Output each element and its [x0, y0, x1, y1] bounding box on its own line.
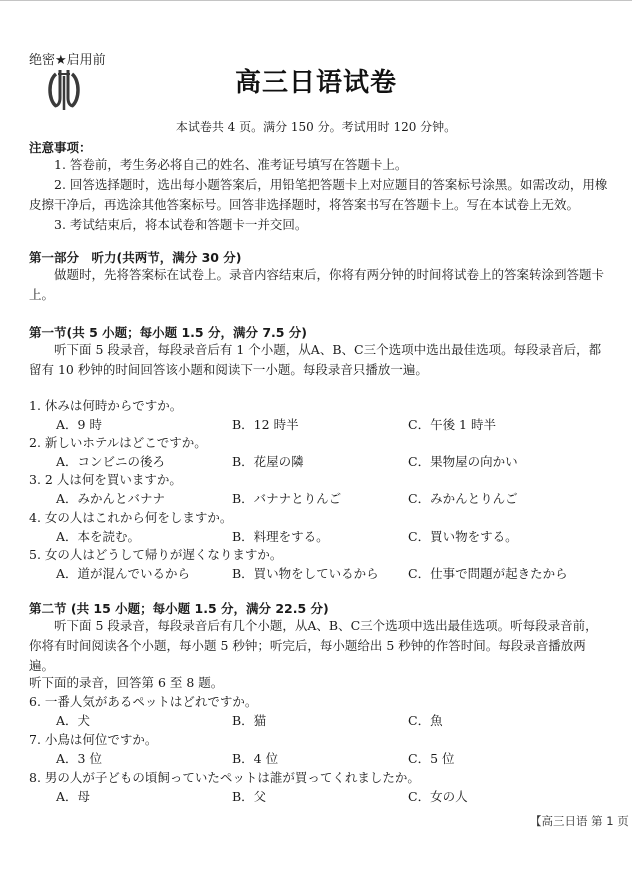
section1-heading: 第一节(共 5 小题；每小题 1.5 分，满分 7.5 分) [29, 323, 307, 341]
part1-instructions: 做题时，先将答案标在试卷上。录音内容结束后，你将有两分钟的时间将试卷上的答案转涂… [29, 265, 609, 305]
question-text: 1. 休みは何時からですか。 [29, 396, 182, 414]
question-text: 5. 女の人はどうして帰りが遅くなりますか。 [29, 545, 282, 563]
option-b: B．12 時半 [232, 415, 299, 433]
question-text: 8. 男の人が子どもの頃飼っていたペットは誰が買ってくれましたか。 [29, 768, 420, 786]
option-a: A．道が混んでいるから [56, 564, 190, 582]
option-a: A．本を読む。 [56, 527, 140, 545]
question-text: 4. 女の人はこれから何をしますか。 [29, 508, 232, 526]
option-b: B．父 [232, 787, 266, 805]
option-c: C．みかんとりんご [408, 489, 518, 507]
option-c: C．午後 1 時半 [408, 415, 496, 433]
question-text: 2. 新しいホテルはどこですか。 [29, 433, 207, 451]
option-b: B．料理をする。 [232, 527, 329, 545]
group-intro: 听下面的录音，回答第 6 至 8 题。 [29, 673, 223, 691]
option-a: A．みかんとバナナ [56, 489, 165, 507]
note-item: 2. 回答选择题时，选出每小题答案后，用铅笔把答题卡上对应题目的答案标号涂黑。如… [29, 175, 609, 215]
note-item: 1. 答卷前，考生务必将自己的姓名、准考证号填写在答题卡上。 [29, 155, 632, 175]
question-text: 6. 一番人気があるペットはどれですか。 [29, 692, 257, 710]
option-c: C．魚 [408, 711, 443, 729]
page-title: 高三日语试卷 [0, 62, 632, 99]
option-a: A．コンビニの後ろ [56, 452, 165, 470]
option-c: C．5 位 [408, 749, 455, 767]
section1-instructions: 听下面 5 段录音，每段录音后有 1 个小题，从A、B、C三个选项中选出最佳选项… [29, 340, 609, 380]
option-a: A．9 時 [56, 415, 102, 433]
question-text: 7. 小鳥は何位ですか。 [29, 730, 157, 748]
question-text: 3. 2 人は何を買いますか。 [29, 470, 182, 488]
option-b: B．4 位 [232, 749, 278, 767]
part1-heading: 第一部分 听力(共两节，满分 30 分) [29, 248, 242, 266]
exam-info: 本试卷共 4 页。满分 150 分。考试用时 120 分钟。 [0, 118, 632, 135]
note-item: 3. 考试结束后，将本试卷和答题卡一并交回。 [29, 215, 632, 235]
option-b: B．買い物をしているから [232, 564, 379, 582]
option-a: A．犬 [56, 711, 90, 729]
section2-heading: 第二节 (共 15 小题；每小题 1.5 分，满分 22.5 分) [29, 599, 329, 617]
option-a: A．母 [56, 787, 90, 805]
option-b: B．バナナとりんご [232, 489, 341, 507]
option-c: C．仕事で問題が起きたから [408, 564, 568, 582]
option-b: B．花屋の隣 [232, 452, 304, 470]
option-b: B．猫 [232, 711, 266, 729]
page-footer: 【高三日语 第 1 页 [530, 813, 629, 829]
notes-heading: 注意事项： [29, 138, 92, 156]
option-a: A．3 位 [56, 749, 102, 767]
option-c: C．買い物をする。 [408, 527, 518, 545]
section2-instructions: 听下面 5 段录音，每段录音后有几个小题，从A、B、C三个选项中选出最佳选项。听… [29, 616, 609, 676]
option-c: C．果物屋の向かい [408, 452, 518, 470]
option-c: C．女の人 [408, 787, 468, 805]
top-border-line [0, 0, 632, 1]
